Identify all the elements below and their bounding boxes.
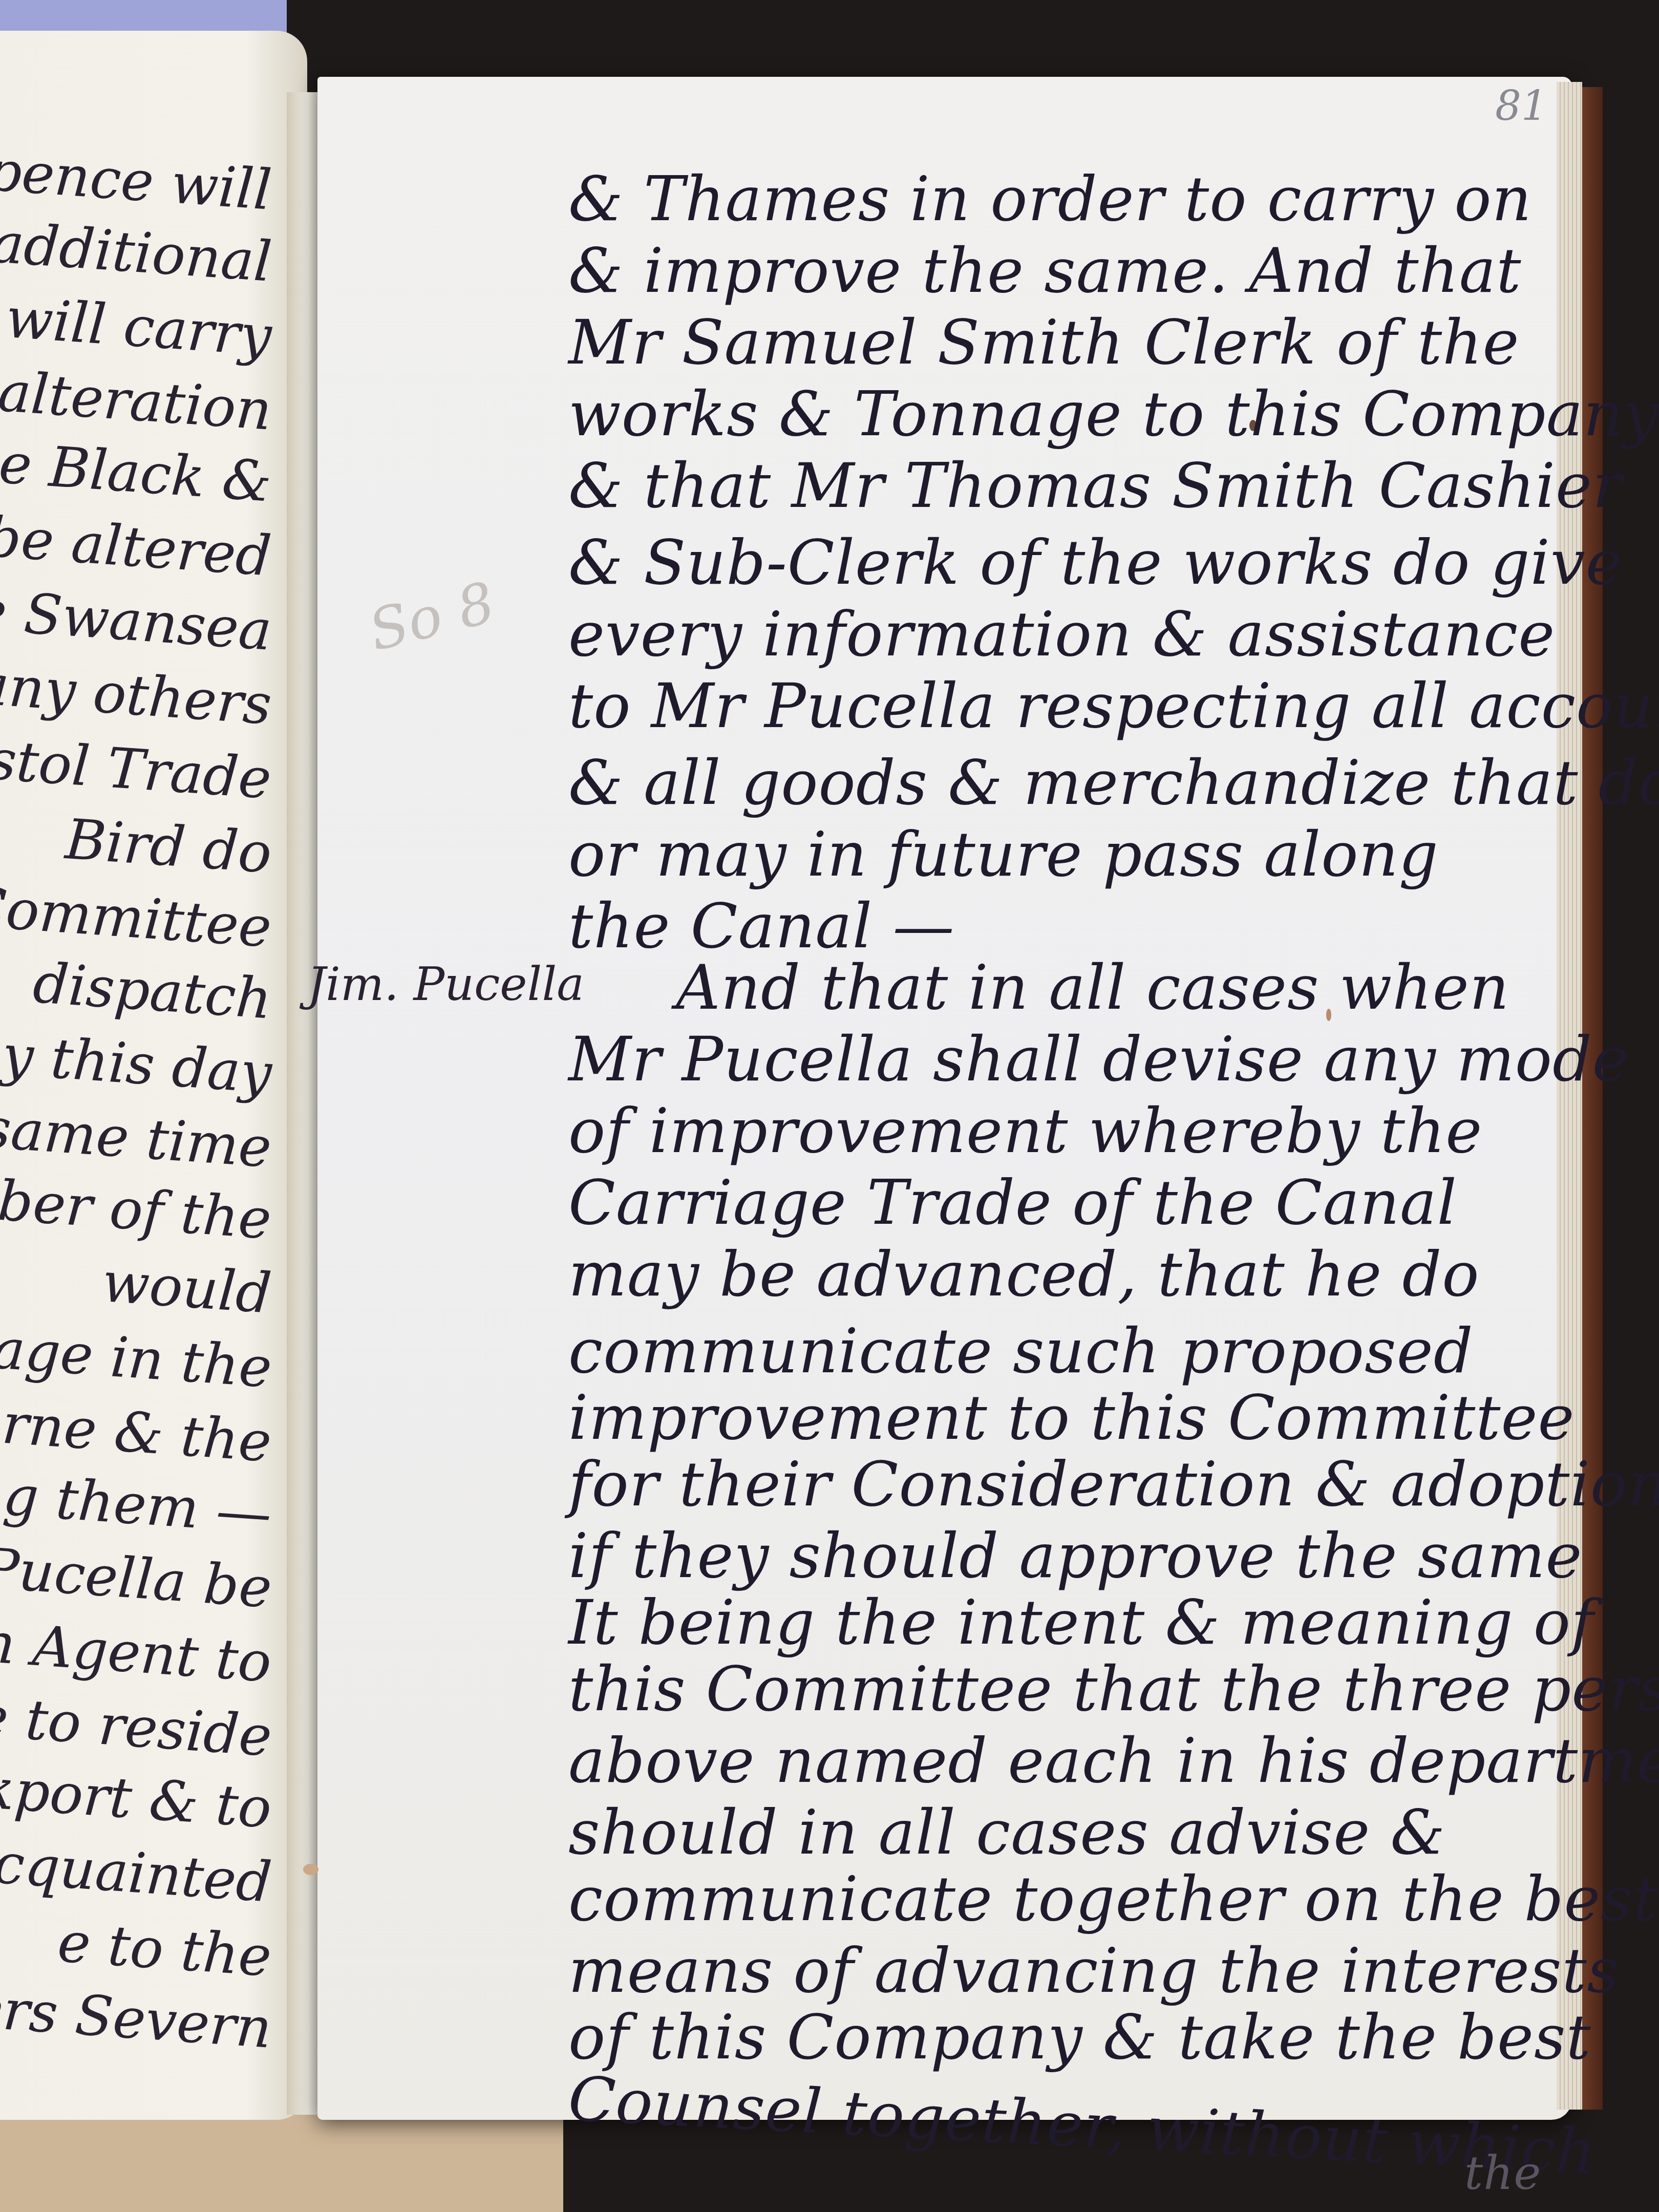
left-line: would: [100, 1250, 274, 1326]
text-line: Mr Pucella shall devise any mode: [568, 1029, 1629, 1091]
left-line: ly acquainted: [0, 1825, 273, 1915]
text-line: this Committee that the three persons: [568, 1659, 1659, 1720]
table-surface: [0, 2110, 563, 2212]
text-line: to Mr Pucella respecting all accounts: [568, 676, 1659, 737]
left-line: r any others: [0, 650, 273, 737]
text-line: of this Company & take the best: [568, 2007, 1591, 2069]
text-line: works & Tonnage to this Company: [568, 384, 1658, 445]
text-line: or may in future pass along: [568, 824, 1439, 886]
left-line: hat expence will: [0, 127, 273, 223]
text-line: above named each in his department: [568, 1731, 1659, 1792]
text-line: & improve the same. And that: [568, 241, 1522, 302]
text-line: communicate together on the best: [568, 1869, 1658, 1930]
catchword: the: [1464, 2151, 1541, 2197]
text-line: improvement to this Committee: [568, 1388, 1575, 1449]
text-line: the Canal —: [568, 896, 954, 958]
text-line: may be advanced, that he do: [568, 1244, 1479, 1306]
left-line: Bird do: [63, 807, 273, 886]
left-line: dispatch: [31, 951, 274, 1032]
text-line: Carriage Trade of the Canal: [568, 1173, 1457, 1234]
text-line: & all goods & merchandize that do: [568, 753, 1659, 814]
text-line: & Thames in order to carry on: [568, 169, 1532, 230]
left-line: Bourne & the: [0, 1384, 273, 1474]
left-line: same time: [0, 1096, 273, 1180]
left-line: mber of the: [0, 1165, 273, 1252]
text-line: should in all cases advise &: [568, 1802, 1445, 1864]
text-line: & that Mr Thomas Smith Cashier: [568, 456, 1622, 517]
foxing-spot: [303, 1864, 318, 1875]
left-line: Pucella be: [0, 1537, 273, 1621]
text-line: It being the intent & meaning of: [568, 1592, 1594, 1654]
text-line: if they should approve the same: [568, 1526, 1582, 1587]
left-line: g them —: [1, 1464, 274, 1546]
left-line: ee to reside: [0, 1682, 273, 1769]
left-line: the Black &: [0, 428, 273, 515]
text-line: every information & assistance: [568, 604, 1555, 666]
margin-note: Jim. Pucella: [307, 958, 584, 1011]
left-line: tage in the: [0, 1315, 273, 1400]
text-line: for their Consideration & adoption: [568, 1454, 1659, 1516]
text-line: Mr Samuel Smith Clerk of the: [568, 312, 1520, 374]
text-line: of improvement whereby the: [568, 1101, 1482, 1162]
text-line: communicate such proposed: [568, 1321, 1474, 1382]
text-line: & Sub-Clerk of the works do give: [568, 533, 1623, 594]
left-page: hat expence will & what additional now w…: [0, 31, 307, 2120]
text-line: means of advancing the interests: [568, 1941, 1619, 2002]
text-line: And that in all cases when: [676, 958, 1509, 1019]
left-line: the Swansea: [0, 575, 273, 663]
left-line: n Agent to: [0, 1610, 273, 1695]
left-line: e to the: [56, 1910, 274, 1989]
left-line: by this day: [0, 1021, 273, 1106]
left-line: kport & to: [0, 1757, 273, 1841]
page-number: 81: [1495, 82, 1547, 130]
